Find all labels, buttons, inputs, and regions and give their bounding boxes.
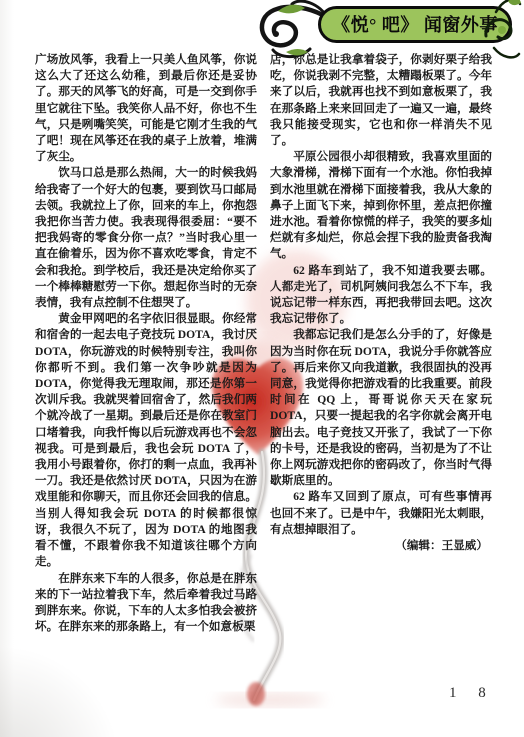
left-column: 广场放风筝，我看上一只美人鱼风筝，你说这么大了还这么幼稚，到最后你还是妥协了。那… (35, 52, 257, 635)
page-header: 《悦° 吧》 闻窗外事 (0, 0, 524, 64)
article-body: 广场放风筝，我看上一只美人鱼风筝，你说这么大了还这么幼稚，到最后你还是妥协了。那… (35, 52, 492, 635)
article-paragraph: 黄金甲网吧的名字依旧很显眼。你经常和宿舍的一起去电子竞技玩 DOTA，我讨厌 D… (35, 311, 257, 570)
article-paragraph: 饮马口总是那么热闹，大一的时候我妈给我寄了一个好大的包裹，要到饮马口邮局去领。我… (35, 165, 257, 311)
right-column: 店，你总是让我拿着袋子，你剥好栗子给我吃，你说我剥不完整，太糟蹋板栗了。今年来了… (270, 52, 492, 635)
article-paragraph: 62 路车到站了，我不知道我要去哪。人都走光了，司机阿姨问我怎么不下车，我说忘记… (270, 263, 492, 328)
article-paragraph: 广场放风筝，我看上一只美人鱼风筝，你说这么大了还这么幼稚，到最后你还是妥协了。那… (35, 52, 257, 165)
rose-shadow (215, 693, 325, 707)
page-title: 《悦° 吧》 闻窗外事 (332, 16, 498, 34)
editor-credit: （编辑：王显威） (270, 538, 492, 554)
article-paragraph: 62 路车又回到了原点，可有些事情再也回不来了。已是中午，我嫌阳光太刺眼，有点想… (270, 489, 492, 538)
article-paragraph: 平原公园很小却很精致，我喜欢里面的大象滑梯，滑梯下面有一个水池。你怕我掉到水池里… (270, 149, 492, 262)
page-number: 1 8 (449, 685, 495, 702)
magazine-page: 《悦° 吧》 闻窗外事 广场放风筝，我看上一只美人鱼风筝，你说这么大了还这么幼稚… (0, 0, 524, 737)
article-paragraph: 店，你总是让我拿着袋子，你剥好栗子给我吃，你说我剥不完整，太糟蹋板栗了。今年来了… (270, 52, 492, 149)
flourish-right-icon (476, 0, 524, 66)
rose-bud (247, 682, 265, 706)
article-paragraph: 在胖东来下车的人很多，你总是在胖东来的下一站拉着我下车，然后牵着我过马路到胖东来… (35, 571, 257, 636)
article-paragraph: 我都忘记我们是怎么分手的了，好像是因为当时你在玩 DOTA，我说分手你就答应了。… (270, 327, 492, 489)
